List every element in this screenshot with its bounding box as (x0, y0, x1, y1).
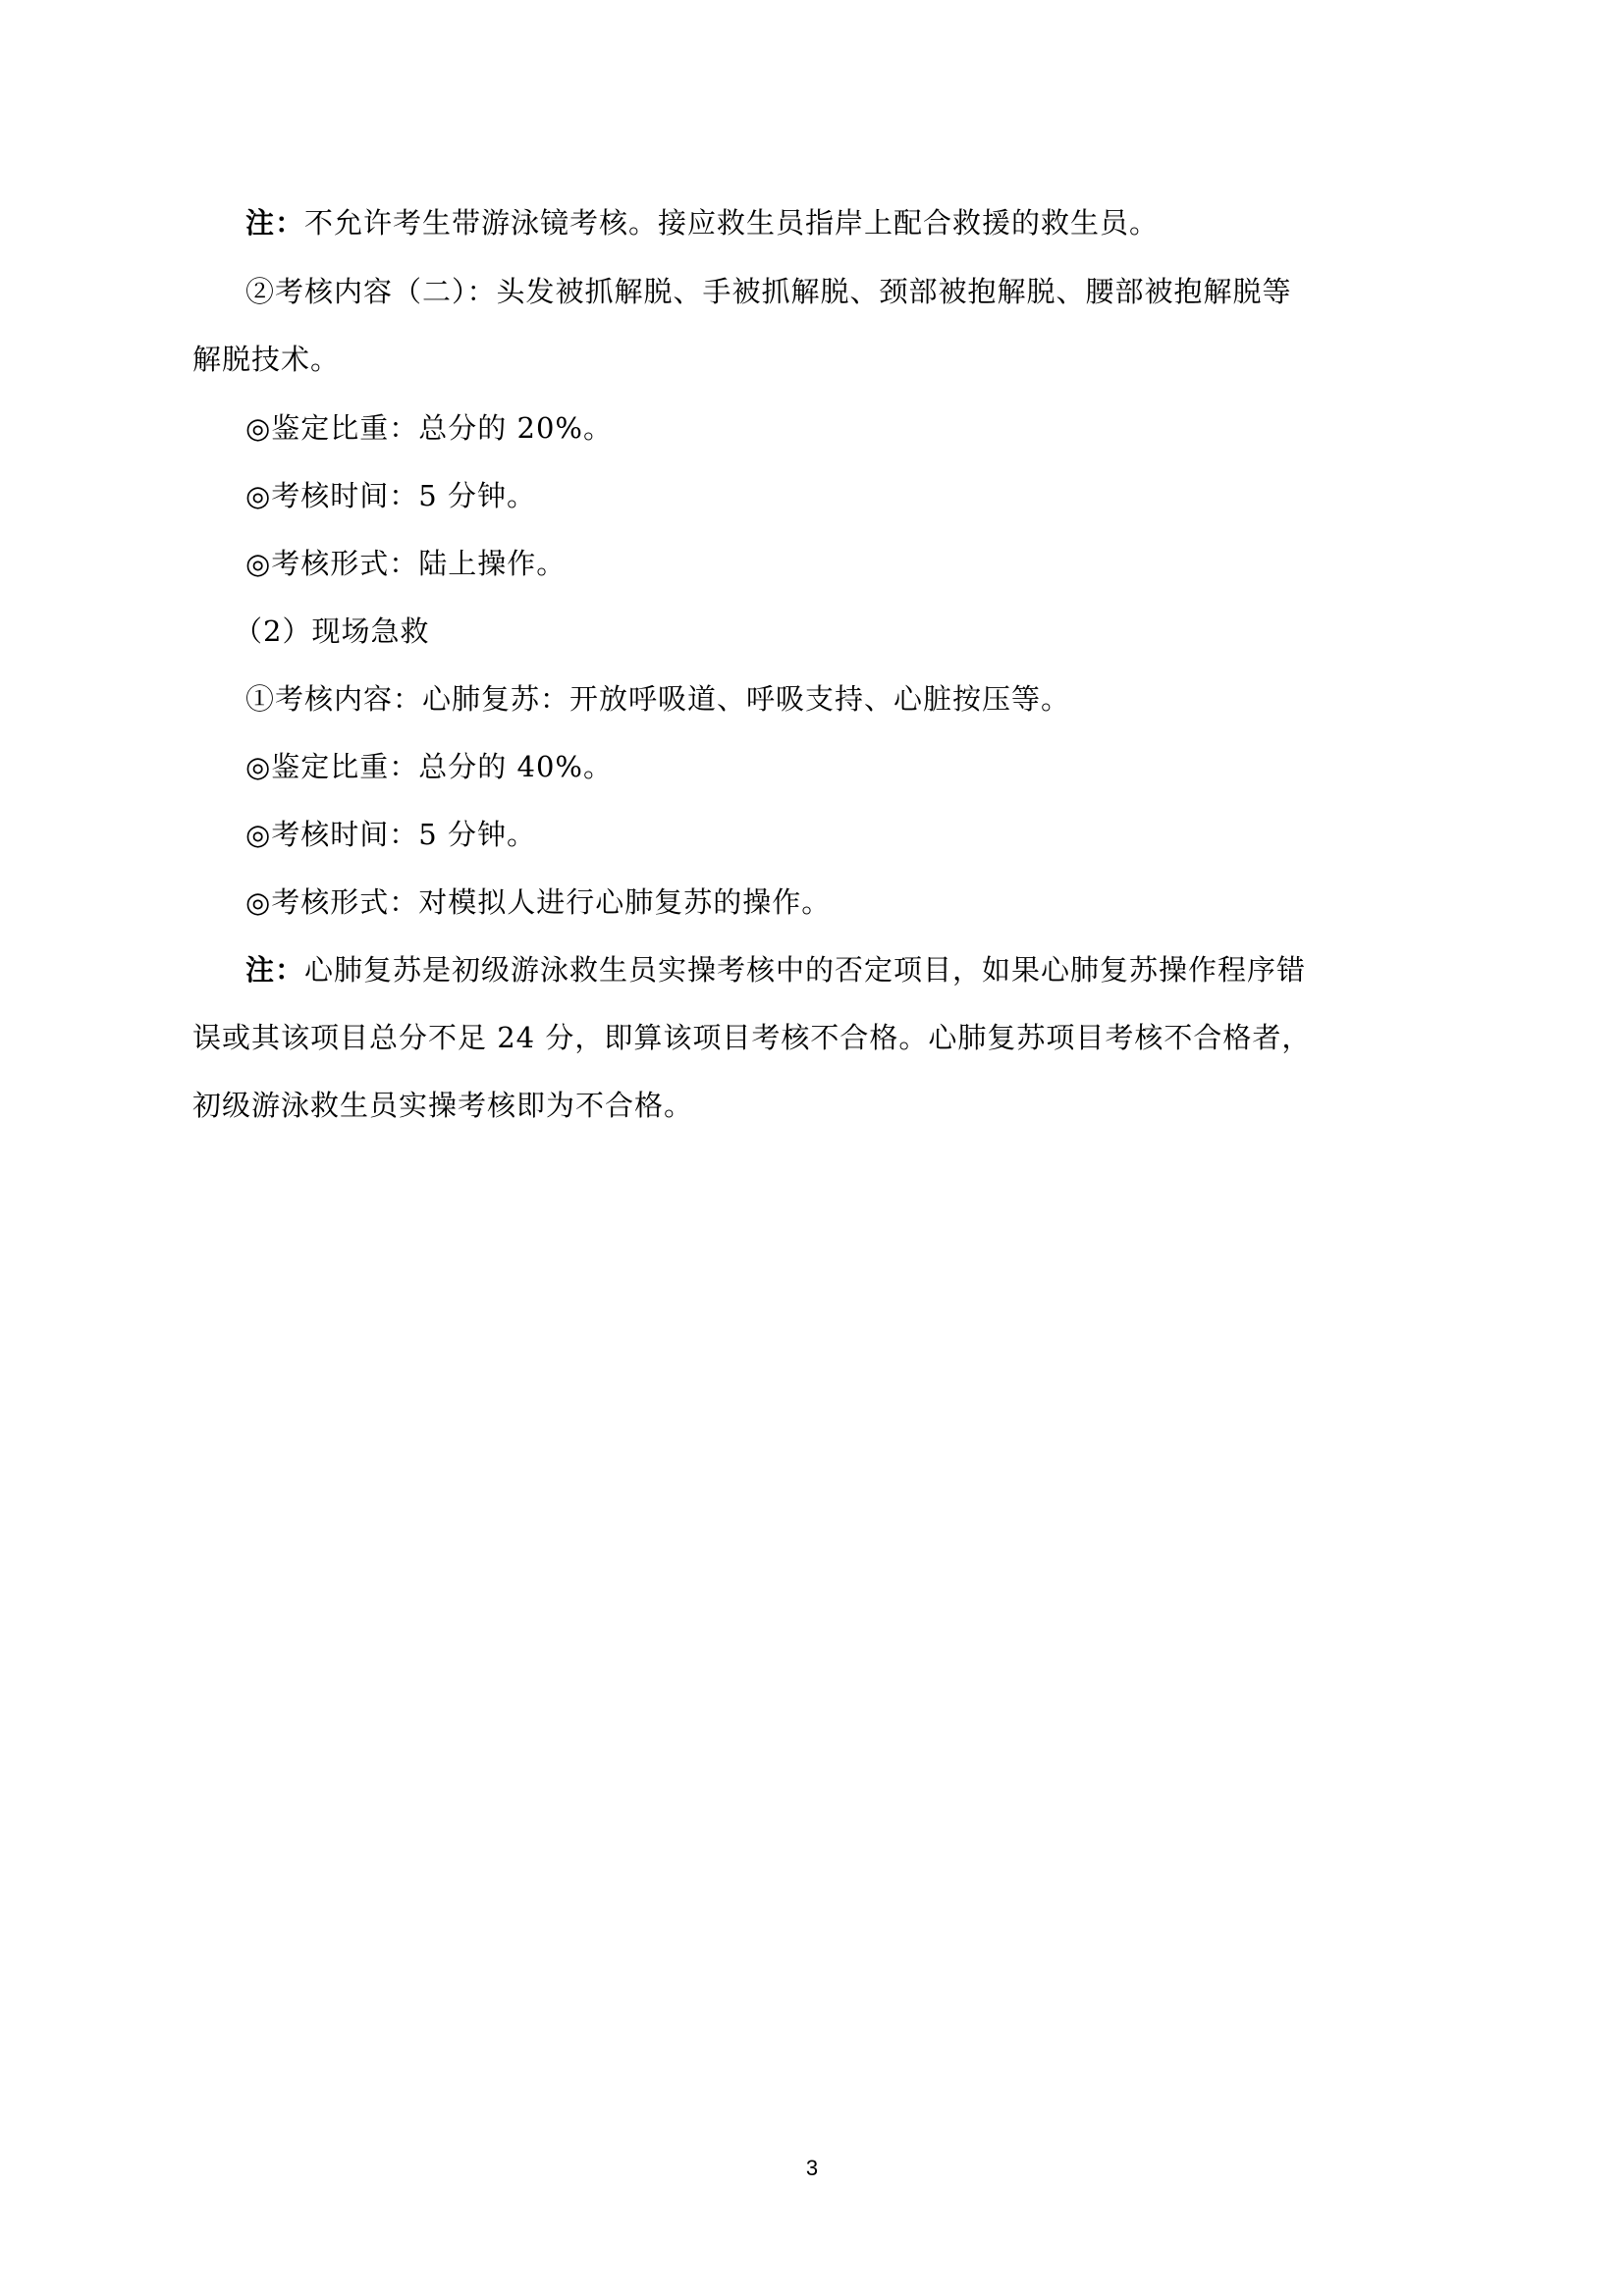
weight-line-1: ◎鉴定比重：总分的 20%。 (245, 408, 613, 448)
note-text: 不允许考生带游泳镜考核。接应救生员指岸上配合救援的救生员。 (304, 206, 1159, 240)
document-page: 注：不允许考生带游泳镜考核。接应救生员指岸上配合救援的救生员。 ②考核内容（二）… (0, 0, 1624, 2296)
note-paragraph-1: 注：不允许考生带游泳镜考核。接应救生员指岸上配合救援的救生员。 (245, 203, 1159, 242)
note-label: 注： (245, 206, 304, 240)
note-paragraph-2-cont2: 初级游泳救生员实操考核即为不合格。 (192, 1086, 693, 1125)
time-line-1: ◎考核时间：5 分钟。 (245, 476, 536, 515)
note-text: 心肺复苏是初级游泳救生员实操考核中的否定项目，如果心肺复苏操作程序错 (304, 953, 1306, 987)
format-line-1: ◎考核形式：陆上操作。 (245, 544, 566, 583)
format-line-2: ◎考核形式：对模拟人进行心肺复苏的操作。 (245, 882, 831, 922)
page-number: 3 (0, 2156, 1624, 2181)
weight-line-2: ◎鉴定比重：总分的 40%。 (245, 747, 613, 786)
section-heading-first-aid: （2）现场急救 (234, 612, 429, 651)
note-label: 注： (245, 953, 304, 987)
assessment-content-1: ①考核内容：心肺复苏：开放呼吸道、呼吸支持、心脏按压等。 (245, 679, 1070, 719)
note-paragraph-2: 注：心肺复苏是初级游泳救生员实操考核中的否定项目，如果心肺复苏操作程序错 (245, 950, 1306, 989)
time-line-2: ◎考核时间：5 分钟。 (245, 815, 536, 854)
assessment-content-2: ②考核内容（二）：头发被抓解脱、手被抓解脱、颈部被抱解脱、腰部被抱解脱等 (245, 272, 1292, 311)
note-paragraph-2-cont: 误或其该项目总分不足 24 分，即算该项目考核不合格。心肺复苏项目考核不合格者， (192, 1018, 1311, 1057)
assessment-content-2-cont: 解脱技术。 (192, 340, 340, 379)
